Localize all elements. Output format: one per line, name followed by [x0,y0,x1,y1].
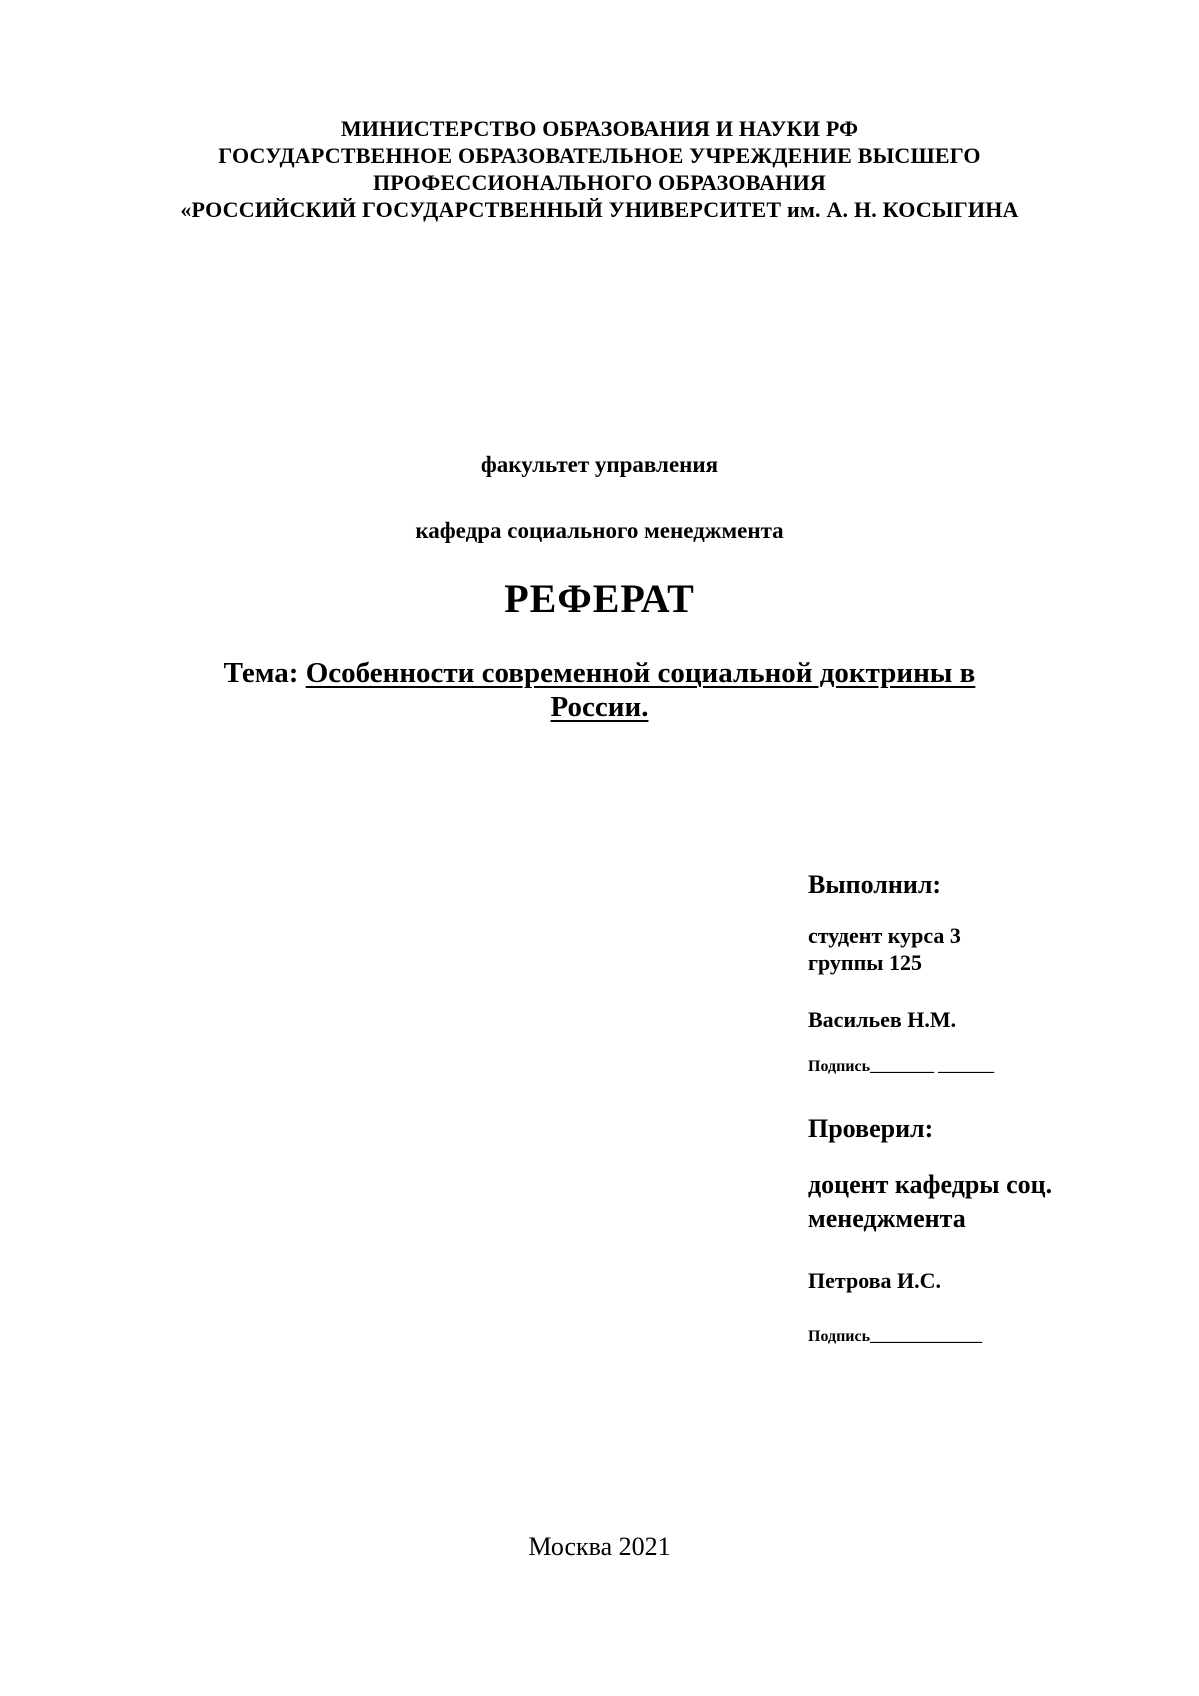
checked-label: Проверил: [808,1114,933,1144]
reviewer-name: Петрова И.С. [808,1267,941,1294]
reviewer-position: доцент кафедры соц. менеджмента [808,1168,1052,1236]
ministry-header: МИНИСТЕРСТВО ОБРАЗОВАНИЯ И НАУКИ РФ ГОСУ… [0,115,1199,223]
header-line-3: ПРОФЕССИОНАЛЬНОГО ОБРАЗОВАНИЯ [0,169,1199,196]
student-course: студент курса 3 [808,922,961,949]
topic-label: Тема: [224,657,299,689]
topic-title-line-2: России. [551,691,649,723]
student-info: студент курса 3 группы 125 [808,922,961,976]
topic-title-line-1: Особенности современной социальной доктр… [306,657,976,689]
reviewer-position-line-1: доцент кафедры соц. [808,1168,1052,1202]
faculty-name: факультет управления [0,452,1199,478]
reviewer-position-line-2: менеджмента [808,1202,1052,1236]
student-name: Васильев Н.М. [808,1006,956,1033]
header-line-4: «РОССИЙСКИЙ ГОСУДАРСТВЕННЫЙ УНИВЕРСИТЕТ … [0,196,1199,223]
header-line-1: МИНИСТЕРСТВО ОБРАЗОВАНИЯ И НАУКИ РФ [0,115,1199,142]
reviewer-signature-line: Подпись______________ [808,1328,982,1346]
performed-label: Выполнил: [808,870,941,900]
city-year: Москва 2021 [0,1532,1199,1562]
topic: Тема: Особенности современной социальной… [0,656,1199,724]
department-name: кафедра социального менеджмента [0,518,1199,544]
document-type-title: РЕФЕРАТ [0,575,1199,622]
student-signature-line: Подпись________ _______ [808,1058,994,1076]
header-line-2: ГОСУДАРСТВЕННОЕ ОБРАЗОВАТЕЛЬНОЕ УЧРЕЖДЕН… [0,142,1199,169]
student-group: группы 125 [808,949,961,976]
